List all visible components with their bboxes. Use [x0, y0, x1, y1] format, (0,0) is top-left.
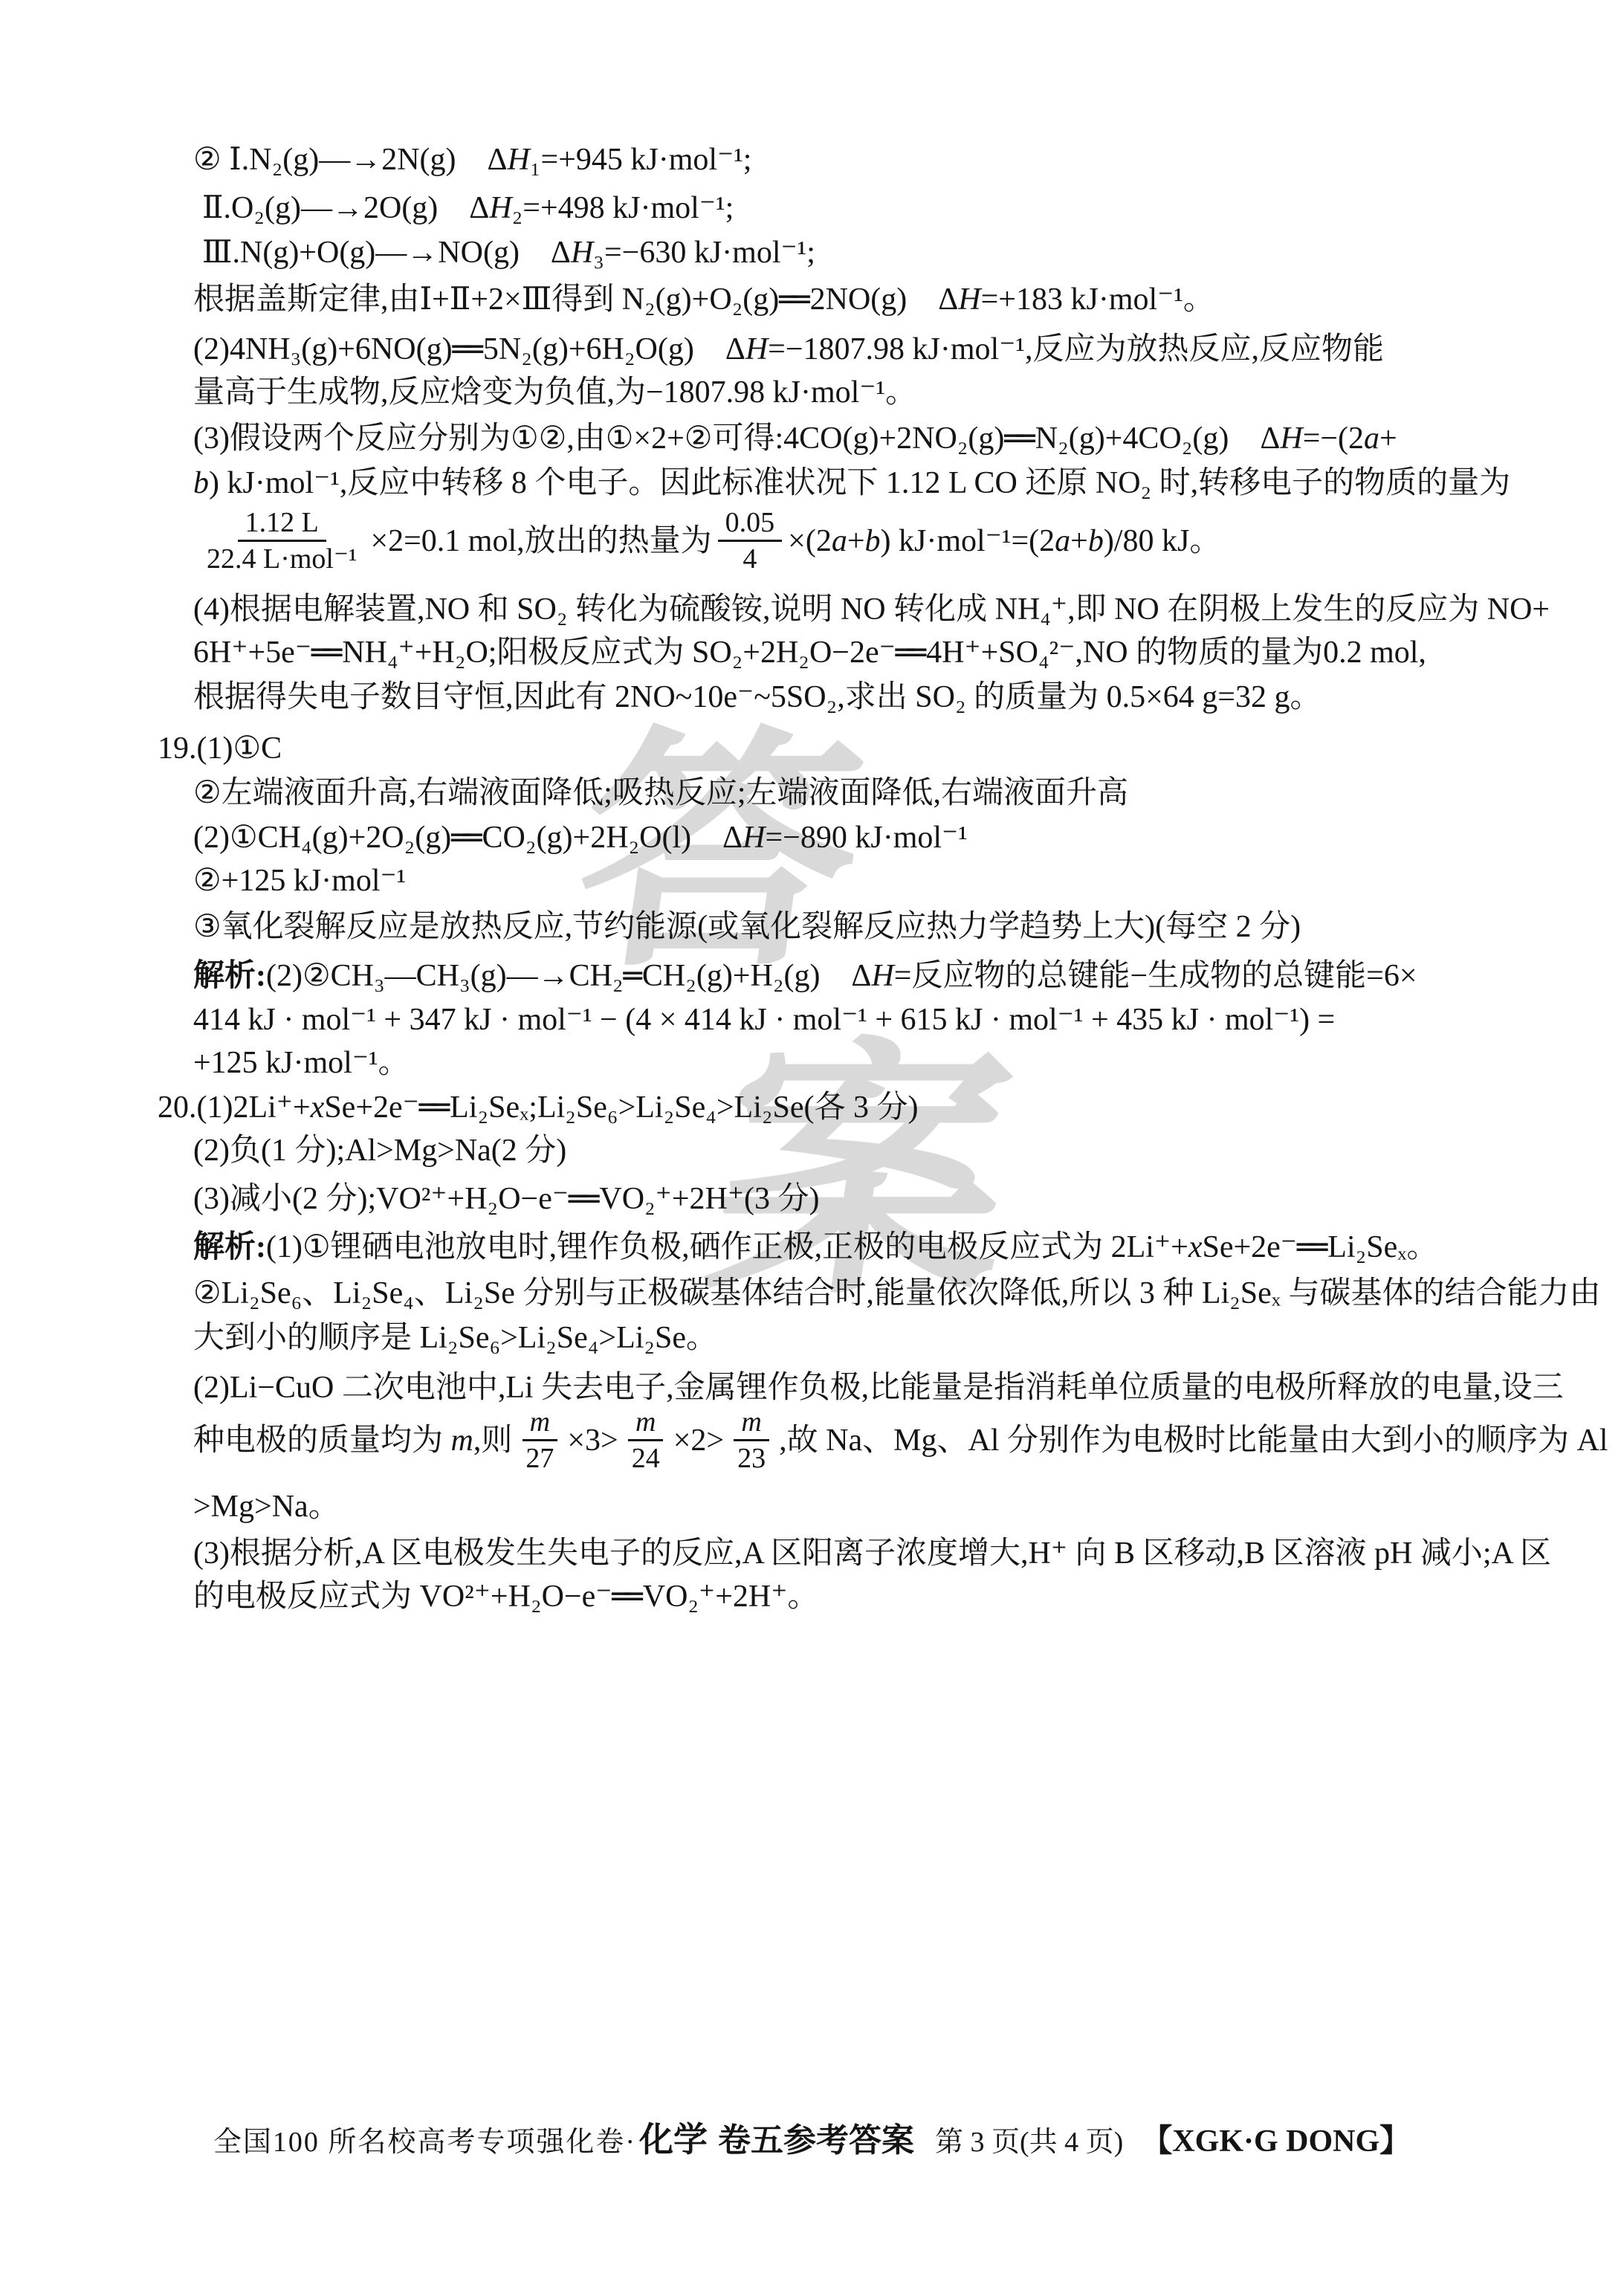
text-segment: (2)4NH₃(g)+6NO(g)	[193, 329, 453, 370]
text-segment: x	[1188, 1226, 1203, 1268]
text-segment: ②+125 kJ·mol⁻¹	[193, 860, 406, 902]
text-segment: 20.(1)2Li⁺+	[158, 1087, 311, 1128]
text-segment: ② Ⅰ.N₂(g)—→2N(g) Δ	[193, 139, 508, 181]
text-segment: N₂(g)+4CO₂(g) Δ	[1035, 418, 1281, 459]
text-segment: b	[193, 462, 209, 504]
text-line: >Mg>Na。	[193, 1486, 340, 1528]
text-segment: (4)根据电解装置,NO 和 SO₂ 转化为硫酸铵,说明 NO 转化成 NH₄⁺…	[193, 589, 1550, 630]
page-footer: 全国100 所名校高考专项强化卷 · 化学 卷五参考答案 第 3 页(共 4 页…	[0, 2113, 1624, 2162]
text-segment: =−1807.98 kJ·mol⁻¹,反应为放热反应,反应物能	[768, 329, 1384, 370]
text-segment: ══	[311, 632, 342, 673]
text-line: (4)根据电解装置,NO 和 SO₂ 转化为硫酸铵,说明 NO 转化成 NH₄⁺…	[193, 589, 1550, 630]
text-segment: 大到小的顺序是 Li₂Se₆>Li₂Se₄>Li₂Se。	[193, 1317, 717, 1359]
text-segment: (2)②CH₃—CH₃(g)—→CH₂	[266, 955, 624, 997]
text-segment: ══	[451, 817, 482, 859]
text-segment: ═	[624, 955, 642, 997]
text-segment: 4H⁺+SO₄²⁻,NO 的物质的量为0.2 mol,	[926, 632, 1426, 673]
text-segment: ×2=0.1 mol,放出的热量为	[370, 520, 711, 562]
text-line: ② Ⅰ.N₂(g)—→2N(g) ΔH₁=+945 kJ·mol⁻¹;	[193, 139, 751, 181]
text-line: ②Li₂Se₆、Li₂Se₄、Li₂Se 分别与正极碳基体结合时,能量依次降低,…	[193, 1273, 1601, 1314]
text-segment: ×2>	[673, 1420, 724, 1461]
text-line: +125 kJ·mol⁻¹。	[193, 1042, 410, 1084]
text-segment: 解析:	[193, 1226, 266, 1268]
text-segment: ══	[1297, 1226, 1327, 1268]
fraction: m24	[624, 1405, 667, 1475]
text-segment: ══	[569, 1178, 599, 1220]
text-segment: 414 kJ · mol⁻¹ + 347 kJ · mol⁻¹ − (4 × 4…	[193, 999, 1335, 1041]
fraction: m27	[518, 1405, 561, 1475]
text-segment: (2)Li−CuO 二次电池中,Li 失去电子,金属锂作负极,比能量是指消耗单位…	[193, 1367, 1564, 1409]
text-segment: 2NO(g) Δ	[810, 279, 959, 320]
text-segment: a	[832, 520, 847, 562]
text-line: 根据盖斯定律,由Ⅰ+Ⅱ+2×Ⅲ得到 N₂(g)+O₂(g)══2NO(g) ΔH…	[193, 279, 1214, 320]
text-segment: (1)①锂硒电池放电时,锂作负极,硒作正极,正极的电极反应式为 2Li⁺+	[266, 1226, 1188, 1268]
footer-page-number: 第 3 页(共 4 页)	[935, 2118, 1123, 2159]
text-segment: m	[451, 1420, 473, 1461]
text-segment: VO₂⁺+2H⁺(3 分)	[599, 1178, 819, 1220]
text-segment: 5N₂(g)+6H₂O(g) Δ	[483, 329, 745, 370]
text-segment: +125 kJ·mol⁻¹。	[193, 1042, 410, 1084]
text-line: 1.12 L22.4 L·mol⁻¹×2=0.1 mol,放出的热量为0.054…	[193, 505, 1220, 576]
text-segment: H	[871, 955, 893, 997]
text-line: (3)假设两个反应分别为①②,由①×2+②可得:4CO(g)+2NO₂(g)══…	[193, 418, 1397, 459]
footer-subject: 化学	[639, 2113, 708, 2162]
text-segment: a	[1055, 520, 1070, 562]
text-segment: CH₂(g)+H₂(g) Δ	[642, 955, 872, 997]
text-line: 414 kJ · mol⁻¹ + 347 kJ · mol⁻¹ − (4 × 4…	[193, 999, 1335, 1041]
text-line: ②+125 kJ·mol⁻¹	[193, 860, 406, 902]
text-segment: b	[1088, 520, 1104, 562]
text-line: (3)根据分析,A 区电极发生失电子的反应,A 区阳离子浓度增大,H⁺ 向 B …	[193, 1533, 1551, 1574]
text-line: (2)4NH₃(g)+6NO(g)══5N₂(g)+6H₂O(g) ΔH=−18…	[193, 329, 1384, 370]
text-segment: =−(2	[1303, 418, 1364, 459]
text-segment: ══	[612, 1576, 642, 1617]
text-segment: =−890 kJ·mol⁻¹	[766, 817, 968, 859]
text-segment: +	[1070, 520, 1088, 562]
text-segment: Se+2e⁻	[1202, 1226, 1297, 1268]
scanned-answer-page: { "page": {"width": 2185, "height": 3070…	[0, 0, 1624, 2282]
text-segment: =反应物的总键能−生成物的总键能=6×	[894, 955, 1417, 997]
text-segment: H	[489, 187, 511, 229]
text-segment: ₁=+945 kJ·mol⁻¹;	[530, 139, 752, 181]
fraction: 0.054	[718, 505, 783, 576]
text-segment: ₂=+498 kJ·mol⁻¹;	[512, 187, 734, 229]
text-segment: ,则	[473, 1420, 513, 1461]
text-segment: ) kJ·mol⁻¹,反应中转移 8 个电子。因此标准状况下 1.12 L CO…	[209, 462, 1510, 504]
text-segment: x	[311, 1087, 325, 1128]
text-segment: ══	[453, 329, 483, 370]
text-segment: H	[743, 817, 765, 859]
text-segment: (3)减小(2 分);VO²⁺+H₂O−e⁻	[193, 1178, 569, 1220]
text-segment: H	[958, 279, 980, 320]
text-segment: ══	[896, 632, 926, 673]
text-segment: ③氧化裂解反应是放热反应,节约能源(或氧化裂解反应热力学趋势上大)(每空 2 分…	[193, 906, 1301, 948]
footer-brand-code: 【XGK·G DONG】	[1141, 2116, 1411, 2161]
text-segment: H	[1280, 418, 1302, 459]
text-line: 量高于生成物,反应焓变为负值,为−1807.98 kJ·mol⁻¹。	[193, 372, 916, 413]
text-line: 种电极的质量均为 m,则m27×3>m24×2>m23,故 Na、Mg、Al 分…	[193, 1405, 1608, 1475]
text-segment: ══	[779, 279, 809, 320]
text-segment: CO₂(g)+2H₂O(l) Δ	[482, 817, 743, 859]
text-segment: b	[865, 520, 881, 562]
text-segment: ②Li₂Se₆、Li₂Se₄、Li₂Se 分别与正极碳基体结合时,能量依次降低,…	[193, 1273, 1601, 1314]
text-segment: Li₂Seₓ。	[1327, 1226, 1437, 1268]
text-segment: Se+2e⁻	[324, 1087, 419, 1128]
footer-answer-title: 卷五参考答案	[718, 2113, 914, 2161]
text-segment: ×(2	[788, 520, 832, 562]
text-segment: >Mg>Na。	[193, 1486, 340, 1528]
text-segment: H	[508, 139, 530, 181]
text-line: b) kJ·mol⁻¹,反应中转移 8 个电子。因此标准状况下 1.12 L C…	[193, 462, 1510, 504]
text-segment: Ⅱ.O₂(g)—→2O(g) Δ	[202, 187, 489, 229]
text-segment: ,故 Na、Mg、Al 分别作为电极时比能量由大到小的顺序为 Al	[779, 1420, 1608, 1461]
text-segment: ══	[419, 1087, 450, 1128]
text-segment: NH₄⁺+H₂O;阳极反应式为 SO₂+2H₂O−2e⁻	[342, 632, 895, 673]
text-line: 19.(1)①C	[158, 728, 282, 769]
text-line: 大到小的顺序是 Li₂Se₆>Li₂Se₄>Li₂Se。	[193, 1317, 717, 1359]
text-segment: 19.(1)①C	[158, 728, 282, 769]
text-segment: (3)根据分析,A 区电极发生失电子的反应,A 区阳离子浓度增大,H⁺ 向 B …	[193, 1533, 1551, 1574]
text-segment: VO₂⁺+2H⁺。	[643, 1576, 819, 1617]
text-segment: 根据盖斯定律,由Ⅰ+Ⅱ+2×Ⅲ得到 N₂(g)+O₂(g)	[193, 279, 779, 320]
text-segment: )/80 kJ。	[1104, 520, 1221, 562]
text-segment: 量高于生成物,反应焓变为负值,为−1807.98 kJ·mol⁻¹。	[193, 372, 916, 413]
text-segment: (3)假设两个反应分别为①②,由①×2+②可得:4CO(g)+2NO₂(g)	[193, 418, 1004, 459]
text-segment: ②左端液面升高,右端液面降低;吸热反应;左端液面降低,右端液面升高	[193, 772, 1128, 814]
text-line: Ⅲ.N(g)+O(g)—→NO(g) ΔH₃=−630 kJ·mol⁻¹;	[202, 232, 815, 274]
text-segment: ══	[1004, 418, 1035, 459]
text-line: (2)Li−CuO 二次电池中,Li 失去电子,金属锂作负极,比能量是指消耗单位…	[193, 1367, 1564, 1409]
text-line: Ⅱ.O₂(g)—→2O(g) ΔH₂=+498 kJ·mol⁻¹;	[202, 187, 734, 229]
text-segment: ₃=−630 kJ·mol⁻¹;	[593, 232, 815, 274]
text-segment: 根据得失电子数目守恒,因此有 2NO~10e⁻~5SO₂,求出 SO₂ 的质量为…	[193, 676, 1321, 718]
text-segment: (2)负(1 分);Al>Mg>Na(2 分)	[193, 1130, 566, 1171]
text-line: 解析:(1)①锂硒电池放电时,锂作负极,硒作正极,正极的电极反应式为 2Li⁺+…	[193, 1226, 1437, 1268]
text-segment: H	[745, 329, 768, 370]
text-segment: ) kJ·mol⁻¹=(2	[881, 520, 1055, 562]
text-segment: Ⅲ.N(g)+O(g)—→NO(g) Δ	[202, 232, 571, 274]
text-segment: =+183 kJ·mol⁻¹。	[981, 279, 1214, 320]
text-segment: 解析:	[193, 955, 266, 997]
text-line: (2)负(1 分);Al>Mg>Na(2 分)	[193, 1130, 566, 1171]
text-line: 的电极反应式为 VO²⁺+H₂O−e⁻══VO₂⁺+2H⁺。	[193, 1576, 818, 1617]
text-segment: 6H⁺+5e⁻	[193, 632, 311, 673]
text-segment: 的电极反应式为 VO²⁺+H₂O−e⁻	[193, 1576, 612, 1617]
text-segment: 种电极的质量均为	[193, 1420, 451, 1461]
text-line: 根据得失电子数目守恒,因此有 2NO~10e⁻~5SO₂,求出 SO₂ 的质量为…	[193, 676, 1321, 718]
text-segment: Li₂Seₓ;Li₂Se₆>Li₂Se₄>Li₂Se(各 3 分)	[450, 1087, 918, 1128]
text-segment: +	[1379, 418, 1397, 459]
text-line: ③氧化裂解反应是放热反应,节约能源(或氧化裂解反应热力学趋势上大)(每空 2 分…	[193, 906, 1301, 948]
text-line: 6H⁺+5e⁻══NH₄⁺+H₂O;阳极反应式为 SO₂+2H₂O−2e⁻══4…	[193, 632, 1426, 673]
text-line: 解析:(2)②CH₃—CH₃(g)—→CH₂═CH₂(g)+H₂(g) ΔH=反…	[193, 955, 1417, 997]
text-segment: +	[847, 520, 865, 562]
text-segment: a	[1364, 418, 1379, 459]
text-line: 20.(1)2Li⁺+xSe+2e⁻══Li₂Seₓ;Li₂Se₆>Li₂Se₄…	[158, 1087, 919, 1128]
text-line: (3)减小(2 分);VO²⁺+H₂O−e⁻══VO₂⁺+2H⁺(3 分)	[193, 1178, 820, 1220]
text-segment: H	[571, 232, 593, 274]
fraction: m23	[730, 1405, 773, 1475]
document-body: ② Ⅰ.N₂(g)—→2N(g) ΔH₁=+945 kJ·mol⁻¹;Ⅱ.O₂(…	[0, 0, 1624, 2282]
text-line: (2)①CH₄(g)+2O₂(g)══CO₂(g)+2H₂O(l) ΔH=−89…	[193, 817, 968, 859]
text-segment: (2)①CH₄(g)+2O₂(g)	[193, 817, 451, 859]
footer-separator-dot: ·	[625, 2126, 635, 2159]
text-line: ②左端液面升高,右端液面降低;吸热反应;左端液面降低,右端液面升高	[193, 772, 1128, 814]
footer-series-title: 全国100 所名校高考专项强化卷	[213, 2118, 626, 2159]
fraction: 1.12 L22.4 L·mol⁻¹	[199, 505, 364, 576]
text-segment: ×3>	[567, 1420, 618, 1461]
